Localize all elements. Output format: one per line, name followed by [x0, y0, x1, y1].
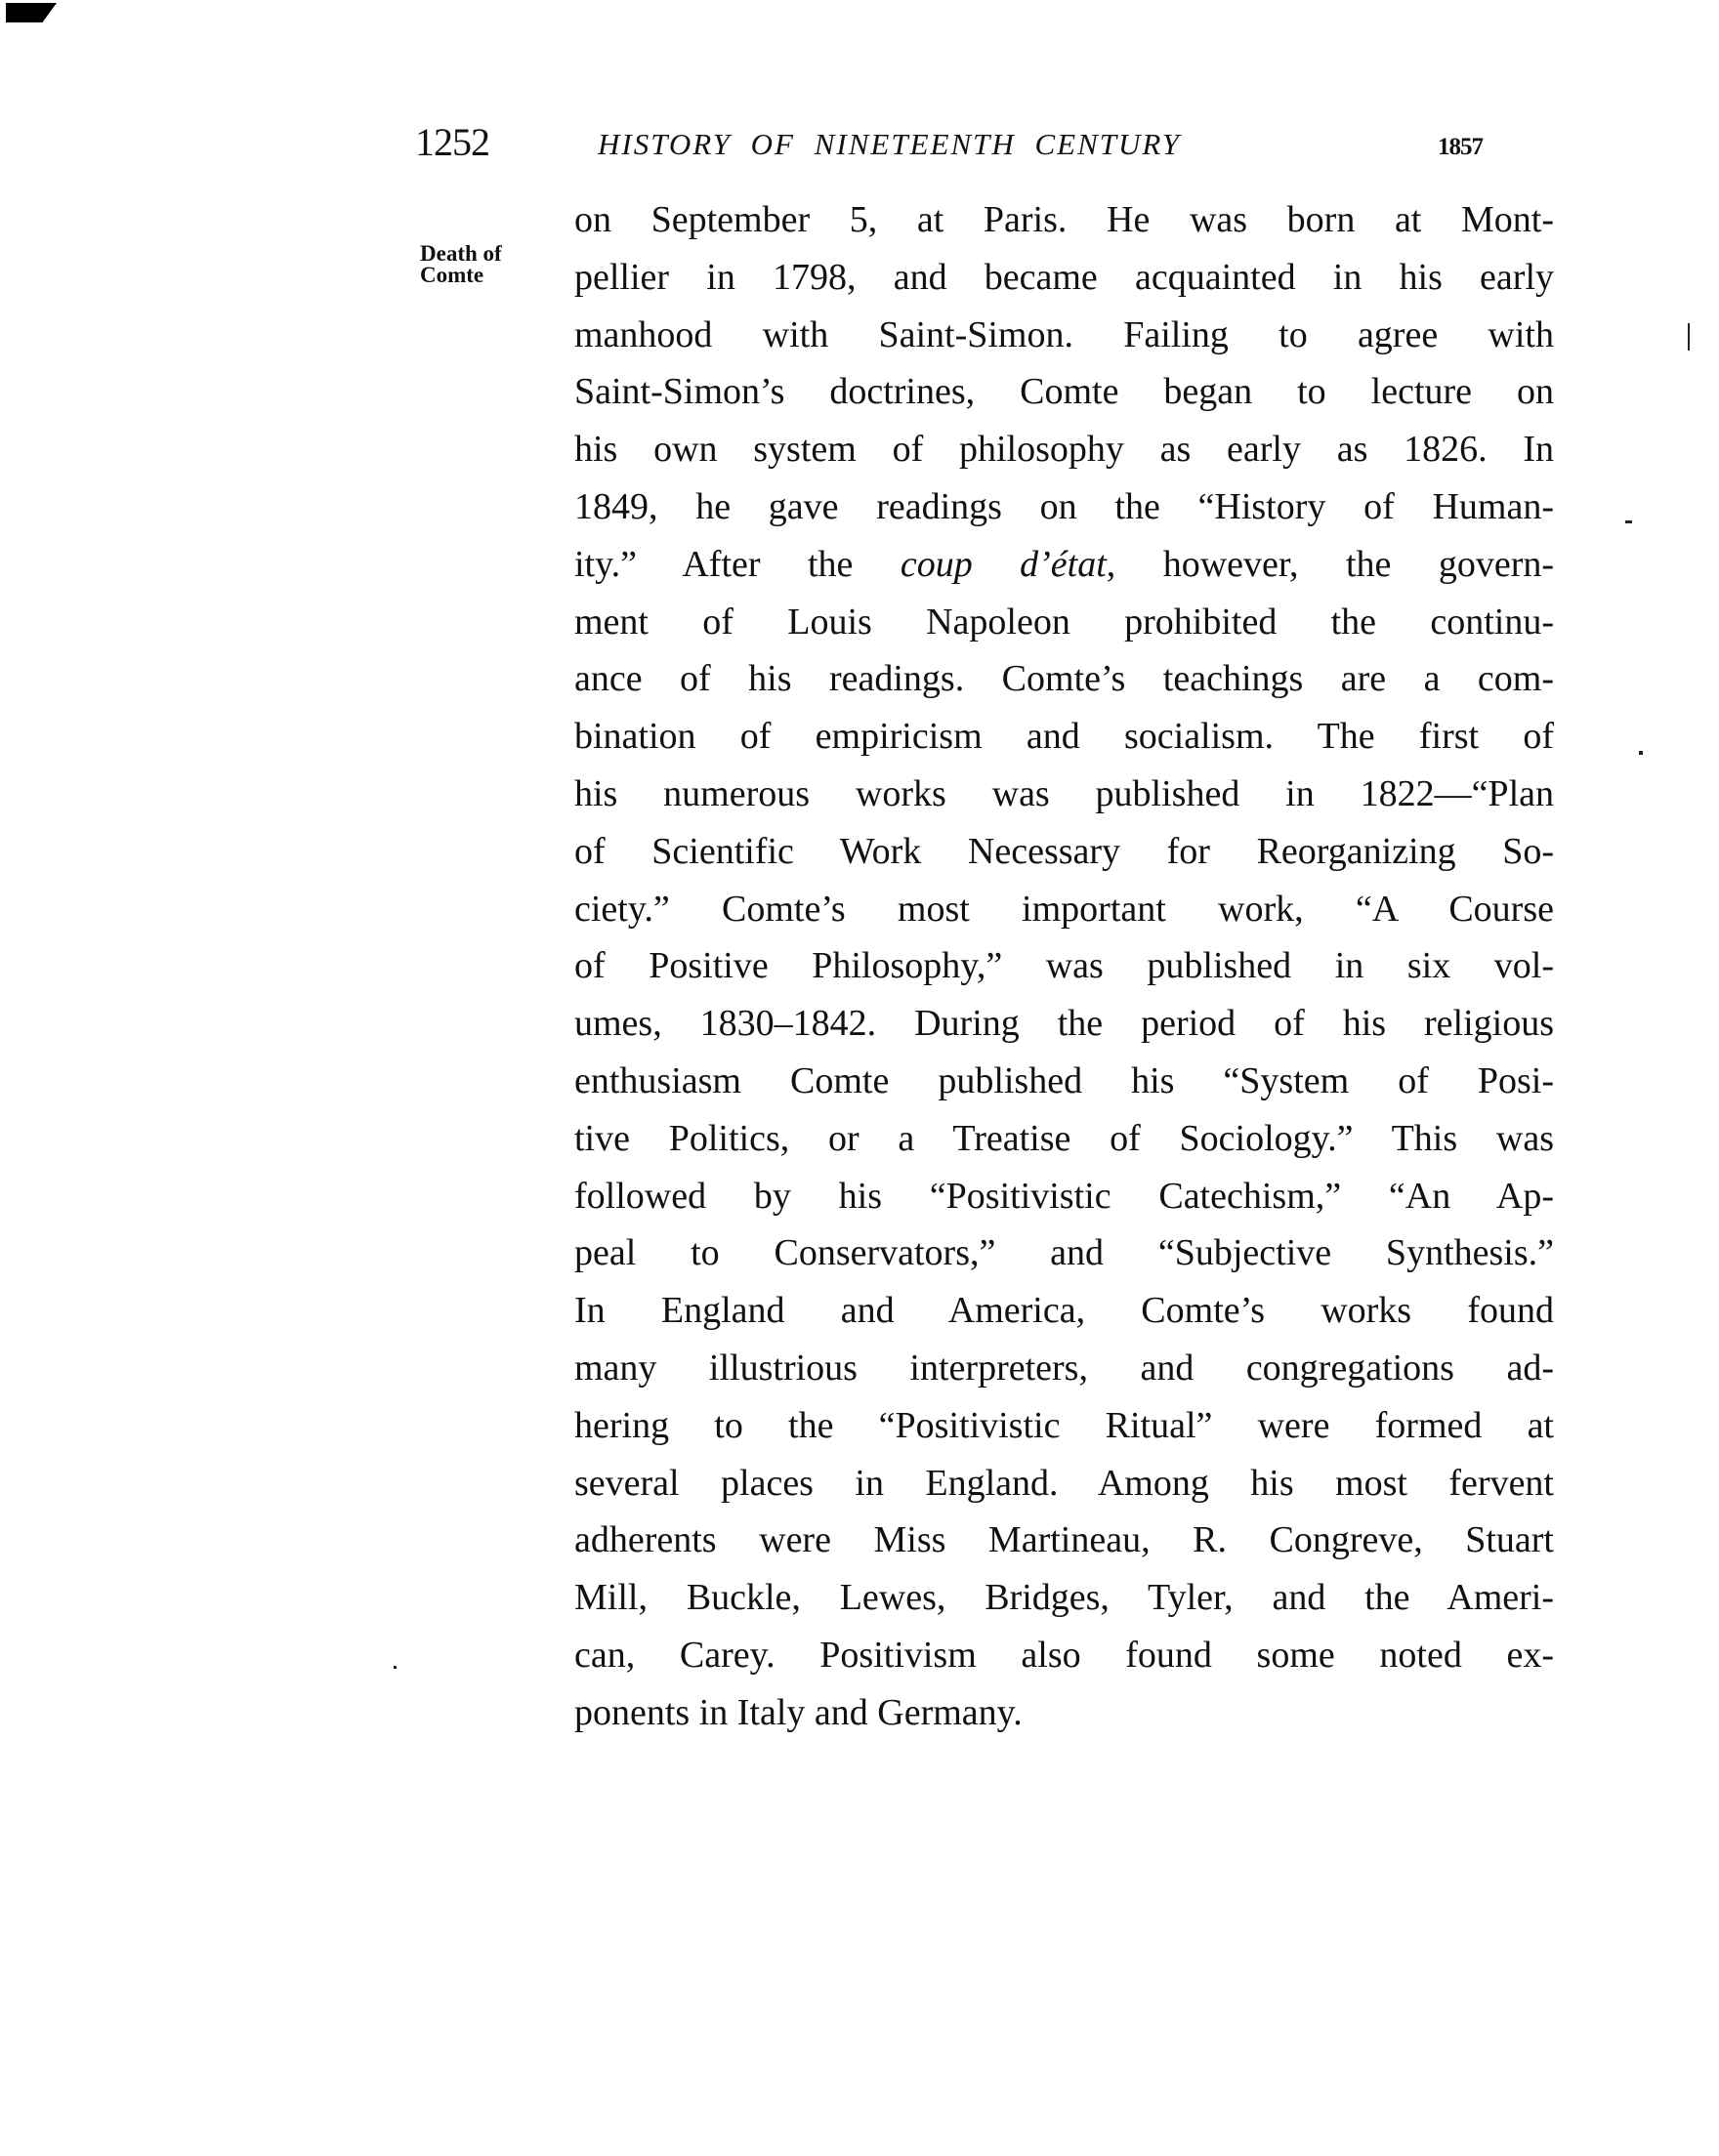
sidenote-line: Comte — [420, 265, 547, 286]
text-segment: several places in England. Among his mos… — [574, 1463, 1554, 1504]
text-segment: can, Carey. Positivism also found some n… — [574, 1635, 1554, 1676]
running-year: 1857 — [1438, 133, 1483, 162]
body-text: on September 5, at Paris. He was born at… — [574, 191, 1554, 1742]
text-line: umes, 1830–1842. During the period of hi… — [574, 995, 1554, 1053]
margin-sidenote: Death of Comte — [420, 243, 547, 286]
text-line: his numerous works was published in 1822… — [574, 766, 1554, 823]
text-segment: 1849, he gave readings on the “History o… — [574, 486, 1554, 527]
text-line: of Scientific Work Necessary for Reorgan… — [574, 823, 1554, 881]
scan-artifact-speck — [1625, 520, 1632, 523]
text-segment: ment of Louis Napoleon prohibited the co… — [574, 601, 1554, 643]
text-segment: Saint-Simon’s doctrines, Comte began to … — [574, 371, 1554, 412]
text-segment: his own system of philosophy as early as… — [574, 429, 1554, 470]
text-segment: ponents in Italy and Germany. — [574, 1692, 1023, 1733]
text-line: In England and America, Comte’s works fo… — [574, 1282, 1554, 1340]
text-segment: ance of his readings. Comte’s teachings … — [574, 658, 1554, 699]
text-segment: followed by his “Positivistic Catechism,… — [574, 1176, 1554, 1217]
text-line: ance of his readings. Comte’s teachings … — [574, 650, 1554, 708]
text-line: can, Carey. Positivism also found some n… — [574, 1627, 1554, 1684]
text-segment: of Positive Philosophy,” was published i… — [574, 945, 1554, 986]
text-line: many illustrious interpreters, and congr… — [574, 1340, 1554, 1397]
scan-artifact-speck — [394, 1666, 397, 1669]
text-segment: on September 5, at Paris. He was born at… — [574, 199, 1554, 240]
text-line: bination of empiricism and socialism. Th… — [574, 708, 1554, 766]
running-title: HISTORY OF NINETEENTH CENTURY — [598, 127, 1321, 162]
text-line: of Positive Philosophy,” was published i… — [574, 937, 1554, 995]
text-line: ponents in Italy and Germany. — [574, 1684, 1554, 1742]
text-segment: peal to Conservators,” and “Subjective S… — [574, 1232, 1554, 1273]
text-line: several places in England. Among his mos… — [574, 1455, 1554, 1513]
text-segment: hering to the “Positivistic Ritual” were… — [574, 1405, 1554, 1446]
text-line: enthusiasm Comte published his “System o… — [574, 1053, 1554, 1110]
running-head: 1252 HISTORY OF NINETEENTH CENTURY 1857 — [0, 121, 1719, 164]
text-segment: enthusiasm Comte published his “System o… — [574, 1060, 1554, 1101]
text-segment: umes, 1830–1842. During the period of hi… — [574, 1003, 1554, 1044]
text-segment: of Scientific Work Necessary for Reorgan… — [574, 831, 1554, 872]
text-segment: many illustrious interpreters, and congr… — [574, 1347, 1554, 1389]
text-line: Saint-Simon’s doctrines, Comte began to … — [574, 363, 1554, 421]
text-segment: his numerous works was published in 1822… — [574, 773, 1554, 814]
italic-phrase: coup d’état — [901, 544, 1107, 585]
text-line: peal to Conservators,” and “Subjective S… — [574, 1224, 1554, 1282]
text-line: manhood with Saint-Simon. Failing to agr… — [574, 307, 1554, 364]
text-segment: adherents were Miss Martineau, R. Congre… — [574, 1519, 1554, 1560]
page-number: 1252 — [415, 121, 489, 164]
text-line: Mill, Buckle, Lewes, Bridges, Tyler, and… — [574, 1569, 1554, 1627]
text-segment: manhood with Saint-Simon. Failing to agr… — [574, 314, 1554, 355]
text-segment: ity.” After the — [574, 544, 901, 585]
text-segment: In England and America, Comte’s works fo… — [574, 1290, 1554, 1331]
text-segment: tive Politics, or a Treatise of Sociolog… — [574, 1118, 1554, 1159]
scan-artifact-speck — [1688, 323, 1690, 351]
text-line: hering to the “Positivistic Ritual” were… — [574, 1397, 1554, 1455]
scan-artifact-mark — [6, 3, 57, 22]
text-line: ity.” After the coup d’état, however, th… — [574, 536, 1554, 594]
text-line: pellier in 1798, and became acquainted i… — [574, 249, 1554, 307]
text-line: on September 5, at Paris. He was born at… — [574, 191, 1554, 249]
text-segment: ciety.” Comte’s most important work, “A … — [574, 889, 1554, 930]
text-line: ment of Louis Napoleon prohibited the co… — [574, 594, 1554, 651]
scan-artifact-speck — [1639, 751, 1643, 755]
text-segment: bination of empiricism and socialism. Th… — [574, 716, 1554, 757]
sidenote-line: Death of — [420, 243, 547, 265]
text-line: tive Politics, or a Treatise of Sociolog… — [574, 1110, 1554, 1168]
text-segment: pellier in 1798, and became acquainted i… — [574, 257, 1554, 298]
text-segment: Mill, Buckle, Lewes, Bridges, Tyler, and… — [574, 1577, 1554, 1618]
text-line: ciety.” Comte’s most important work, “A … — [574, 881, 1554, 938]
text-segment: , however, the govern- — [1107, 544, 1554, 585]
text-line: followed by his “Positivistic Catechism,… — [574, 1168, 1554, 1225]
text-line: adherents were Miss Martineau, R. Congre… — [574, 1512, 1554, 1569]
text-line: 1849, he gave readings on the “History o… — [574, 478, 1554, 536]
text-line: his own system of philosophy as early as… — [574, 421, 1554, 478]
